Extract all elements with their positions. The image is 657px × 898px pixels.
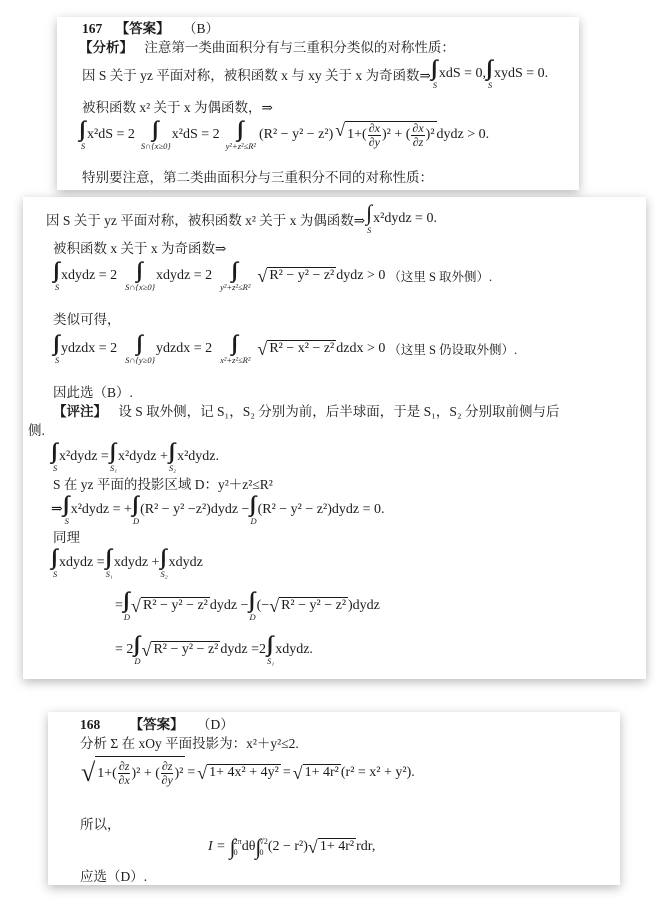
solution-168: 168 【答案】 （D） 分析 Σ 在 xOy 平面投影为：x²＋y²≤2. √… <box>48 712 620 885</box>
question-header: 167 【答案】 （B） <box>82 21 219 37</box>
conclusion-d: 应选（D）. <box>80 869 147 885</box>
analysis-text: 注意第一类曲面积分有与三重积分类似的对称性质： <box>144 40 455 55</box>
text: 因 S 关于 yz 平面对称，被积函数 x 与 xy 关于 x 为奇函数⇒ <box>82 64 431 84</box>
solution-167-part1: 167 【答案】 （B） 【分析】 注意第一类曲面积分有与三重积分类似的对称性质… <box>57 17 579 190</box>
similarly-line: 类似可得， <box>53 312 121 328</box>
equation-polar-integral: I = ∫2π0 dθ ∫√20 (2 − r²) √1+ 4r² rdr, <box>208 834 375 860</box>
solution-167-part2: 因 S 关于 yz 平面对称，被积函数 x² 关于 x 为偶函数⇒ ∫S x²d… <box>23 197 646 679</box>
analysis-tag: 【分析】 <box>79 40 133 55</box>
odd-function-line: 被积函数 x 关于 x 为奇函数⇒ <box>53 241 226 257</box>
question-header: 168 【答案】 （D） <box>80 717 234 733</box>
equation-split-x: ∫∫S xdydz = ∫∫S₁ xdydz + ∫∫S₂ xdydz <box>51 546 203 579</box>
even-function-line: 被积函数 x² 关于 x 为偶函数，⇒ <box>82 100 273 116</box>
symmetry-even-line: 因 S 关于 yz 平面对称，被积函数 x² 关于 x 为偶函数⇒ ∫S x²d… <box>46 202 437 235</box>
analysis-line: 【分析】 注意第一类曲面积分有与三重积分类似的对称性质： <box>79 40 455 56</box>
likewise-line: 同理 <box>53 530 80 546</box>
double-integral: ∫∫S <box>432 57 438 90</box>
symmetry-odd-line: 因 S 关于 yz 平面对称，被积函数 x 与 xy 关于 x 为奇函数⇒ ∫∫… <box>82 57 548 90</box>
equation-x2-zero: ⇒ ∫∫S x²dydz = + ∫∫D (R² − y² −z²)dydz −… <box>51 493 384 526</box>
equation-surface-element: √ 1+( ∂z∂x )² + ( ∂z∂y )² = √1+ 4x² + 4y… <box>81 756 415 790</box>
equation-split-x2: ∫∫S x²dydz = ∫∫S₁ x²dydz + ∫∫S₂ x²dydz. <box>51 440 219 473</box>
remark-line: 【评注】 设 S 取外侧，记 S₁，S₂ 分别为前，后半球面，于是 S₁，S₂ … <box>53 404 560 420</box>
therefore-line: 所以， <box>80 817 121 833</box>
expr: xydS = 0. <box>494 66 548 82</box>
expr: xdS = 0, <box>439 66 486 82</box>
projection-line: 分析 Σ 在 xOy 平面投影为：x²＋y²≤2. <box>80 736 299 752</box>
remark-wrap: 侧. <box>28 423 45 439</box>
answer-value: （B） <box>183 21 219 36</box>
equation-final-2x: = 2 ∫∫D √R² − y² − z² dydz =2 ∫∫S₁ xdydz… <box>115 633 313 666</box>
remark-tag: 【评注】 <box>53 404 107 419</box>
question-number: 168 <box>80 717 100 732</box>
answer-value: （D） <box>197 717 234 732</box>
answer-tag: 【答案】 <box>116 21 170 36</box>
equation-ydzdx: ∫∫S ydzdx = 2 ∫∫S∩{y≥0} ydzdx = 2 ∫∫x²+z… <box>53 332 517 365</box>
double-integral: ∫∫S <box>487 57 493 90</box>
equation-xdydz: ∫∫S xdydz = 2 ∫∫S∩{x≥0} xdydz = 2 ∫∫y²+z… <box>53 259 492 292</box>
second-kind-note: 特别要注意，第二类曲面积分与三重积分不同的对称性质： <box>82 170 433 186</box>
equation-sqrt-diff: = ∫∫D √R² − y² − z² dydz − ∫∫D (− √R² − … <box>115 589 380 622</box>
question-number: 167 <box>82 21 102 36</box>
projection-line: S 在 yz 平面的投影区域 D：y²＋z²≤R² <box>53 477 273 493</box>
conclusion-b: 因此选（B）. <box>53 385 133 401</box>
answer-tag: 【答案】 <box>130 717 184 732</box>
equation-x2-ds: ∫∫S x²dS = 2 ∫∫S∩{x≥0} x²dS = 2 ∫∫y²+z²≤… <box>79 118 489 151</box>
